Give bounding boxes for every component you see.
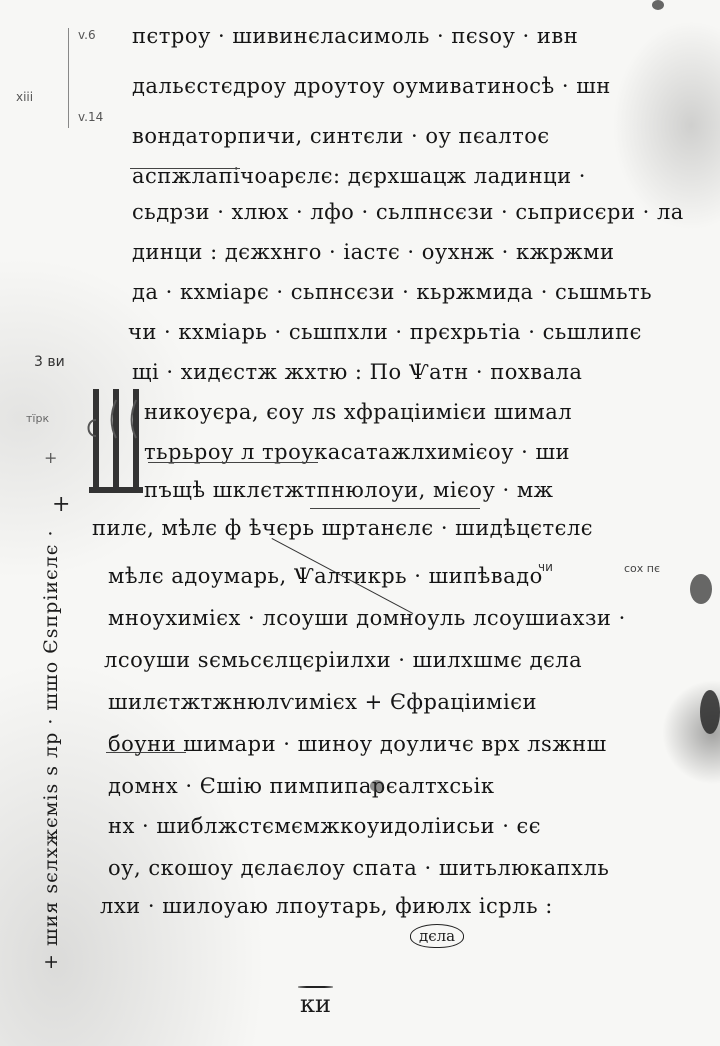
- circled-annotation: дєла: [410, 924, 464, 948]
- ink-stain: [690, 574, 712, 604]
- text-line: динци : дєжхнго · іастє · оухнж · кжржми: [132, 240, 615, 264]
- underline-stroke: [310, 508, 480, 509]
- manuscript-page: v.6 xiii v.14 3 ви тїрк + пєтроу · шивин…: [0, 0, 720, 1046]
- text-line: да · кхміарє · сьпнсєзи · кьржмида · сьш…: [132, 280, 652, 304]
- margin-note-chapter: xiii: [16, 90, 33, 104]
- underline-stroke: [130, 168, 240, 169]
- text-line: пилє, мѣлє ф ѣчєрь шртанєлє · шидѣцєтєлє: [92, 516, 593, 540]
- ink-stain: [652, 0, 664, 10]
- text-line: шилєтжтжнюлѵимієх + Єфраціимієи: [108, 690, 537, 714]
- text-line: тьрьроу л троукасатажлхимієоу · ши: [144, 440, 570, 464]
- margin-note-reference: 3 ви: [34, 354, 65, 370]
- vertical-margin-inscription: + шия ѕєлхжєміѕ ѕ лр · шшо Єѕпріиєлє ·: [40, 490, 62, 970]
- text-line: сьдрзи · хлюх · лфо · сьлпнсєзи · сьприс…: [132, 200, 684, 224]
- ink-stain: [700, 690, 720, 734]
- underline-stroke: [148, 462, 318, 463]
- interlinear-note: чи: [538, 560, 553, 574]
- ink-stain: [370, 780, 384, 792]
- decorative-initial-icon: [86, 386, 144, 498]
- page-number: ки: [300, 990, 331, 1018]
- text-line: лхи · шилоуаю лпоутарь, фиюлх ісрль :: [100, 894, 553, 918]
- text-line: мноухимієх · лсоуши домноуль лсоушиахзи …: [108, 606, 626, 630]
- margin-note-verse-6: v.6: [78, 28, 96, 42]
- text-line: чи · кхміарь · сьшпхли · прєхрьтіа · сьш…: [128, 320, 642, 344]
- text-line: пєтроу · шивинєласимоль · пєѕоу · ивн: [132, 24, 578, 48]
- text-line: никоуєра, єоу лѕ хфраціимієи шимал: [144, 400, 572, 424]
- underline-stroke: [106, 752, 186, 753]
- interlinear-note: сох пє: [624, 562, 660, 575]
- text-line: щі · хидєстж жхтю : По Ѱатн · похвала: [132, 360, 582, 384]
- text-line: вондаторпичи, синтєли · оу пєалтоє: [132, 124, 550, 148]
- cross-symbol: +: [44, 448, 57, 467]
- text-line: лсоуши ѕємьсєлцєріилхи · шилхшмє дєла: [104, 648, 582, 672]
- text-line: дальєстєдроу дроутоу оумиватиносѣ · шн: [132, 74, 611, 98]
- margin-note-initial: тїрк: [26, 412, 49, 425]
- text-line: домнх · Єшію пимпипарєалтхсьік: [108, 774, 494, 798]
- text-line: оу, скошоу дєлаєлоу спата · шитьлюкапхль: [108, 856, 609, 880]
- margin-note-verse-14: v.14: [78, 110, 103, 124]
- margin-bracket: [68, 28, 73, 128]
- text-line: нх · шиблжстємємжкоуидоліисьи · єє: [108, 814, 541, 838]
- text-line: пъщѣ шклєтжтпнюлоуи, мієоу · мж: [144, 478, 553, 502]
